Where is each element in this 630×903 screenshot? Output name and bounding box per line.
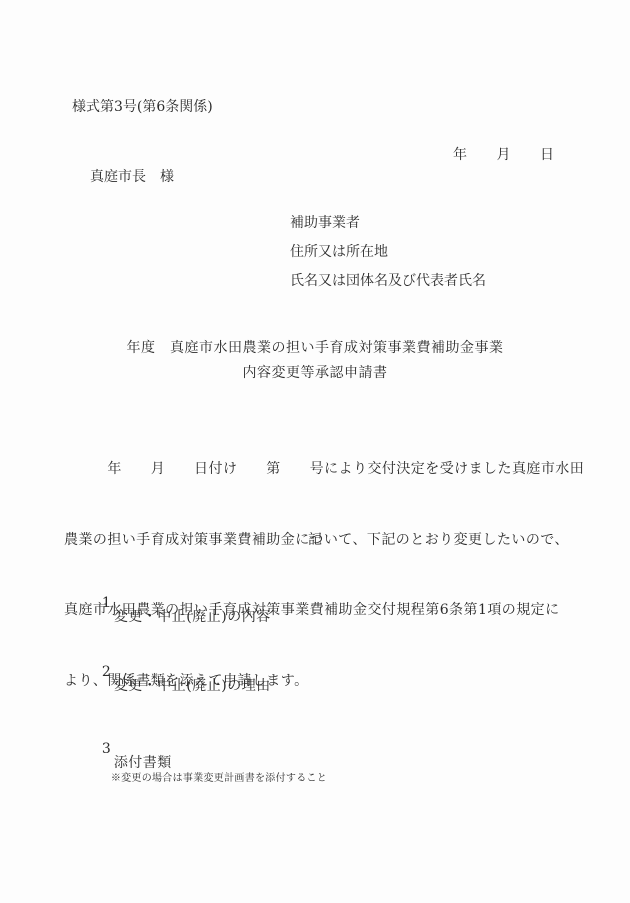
document-title-line-1: 年度 真庭市水田農業の担い手育成対策事業費補助金事業 <box>0 341 630 355</box>
list-item-change-reason: 2 変更・中止(廃止)の理由 <box>84 651 271 707</box>
form-number: 様式第3号(第6条関係) <box>72 100 213 114</box>
applicant-name-label: 氏名又は団体名及び代表者氏名 <box>290 274 486 288</box>
item-2-label: 変更・中止(廃止)の理由 <box>114 678 271 694</box>
item-3-number: 3 <box>102 742 111 756</box>
applicant-role-label: 補助事業者 <box>290 216 360 230</box>
item-1-label: 変更・中止(廃止)の内容 <box>114 609 271 625</box>
list-item-change-content: 1 変更・中止(廃止)の内容 <box>84 582 271 638</box>
addressee: 真庭市長 様 <box>90 170 174 184</box>
record-heading: 記 <box>0 533 630 547</box>
body-line-1: 年 月 日付け 第 号により交付決定を受けました真庭市水田 <box>64 458 570 482</box>
item-3-note: ※変更の場合は事業変更計画書を添付すること <box>111 773 327 784</box>
item-2-number: 2 <box>102 665 111 679</box>
item-3-label: 添付書類 <box>114 755 172 771</box>
date-line: 年 月 日 <box>453 148 555 162</box>
document-title-line-2: 内容変更等承認申請書 <box>0 366 630 380</box>
list-item-attached-documents: 3 添付書類 ※変更の場合は事業変更計画書を添付すること <box>84 728 327 798</box>
item-1-number: 1 <box>102 596 111 610</box>
applicant-address-label: 住所又は所在地 <box>290 245 388 259</box>
application-form-page: 様式第3号(第6条関係) 年 月 日 真庭市長 様 補助事業者 住所又は所在地 … <box>0 0 630 903</box>
